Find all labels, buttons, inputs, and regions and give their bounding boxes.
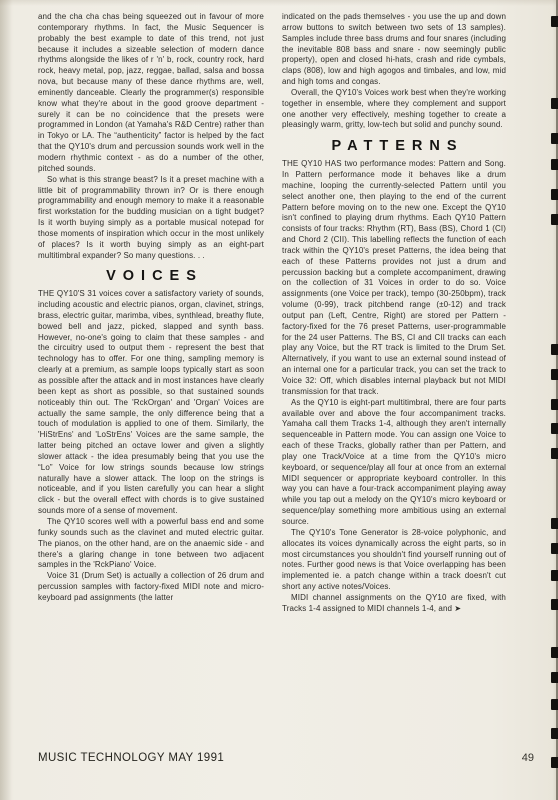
scan-edge-tick <box>551 518 558 529</box>
scan-edge-tick <box>551 98 558 109</box>
body-paragraph: The QY10's Tone Generator is 28-voice po… <box>282 528 506 593</box>
magazine-title: MUSIC TECHNOLOGY MAY 1991 <box>38 752 224 764</box>
page-number: 49 <box>522 752 534 764</box>
body-paragraph: The QY10 scores well with a powerful bas… <box>38 517 264 571</box>
left-column: and the cha cha chas being squeezed out … <box>38 12 264 604</box>
body-paragraph: THE QY10 HAS two performance modes: Patt… <box>282 159 506 398</box>
scan-edge-tick <box>551 672 558 683</box>
scan-edge-tick <box>551 369 558 380</box>
body-paragraph: So what is this strange beast? Is it a p… <box>38 175 264 262</box>
scan-edge-tick <box>551 543 558 554</box>
scan-edge-tick <box>551 344 558 355</box>
scan-left-shadow <box>0 0 12 800</box>
voices-section-heading: VOICES <box>38 271 264 282</box>
magazine-page: and the cha cha chas being squeezed out … <box>0 0 558 800</box>
scan-edge-tick <box>551 16 558 27</box>
scan-edge-tick <box>551 399 558 410</box>
scan-edge-tick <box>551 570 558 581</box>
scan-edge-tick <box>551 423 558 434</box>
page-footer: MUSIC TECHNOLOGY MAY 1991 49 <box>38 752 534 764</box>
scan-edge-tick <box>551 133 558 144</box>
body-paragraph: As the QY10 is eight-part multitimbral, … <box>282 398 506 528</box>
scan-edge-marks <box>549 0 558 800</box>
scan-edge-tick <box>551 728 558 739</box>
body-paragraph: Voice 31 (Drum Set) is actually a collec… <box>38 571 264 604</box>
body-paragraph: THE QY10'S 31 voices cover a satisfactor… <box>38 289 264 517</box>
scan-edge-tick <box>551 448 558 459</box>
scan-edge-tick <box>551 699 558 710</box>
scan-edge-tick <box>551 757 558 768</box>
scan-edge-tick <box>551 214 558 225</box>
scan-edge-tick <box>551 189 558 200</box>
body-paragraph: and the cha cha chas being squeezed out … <box>38 12 264 175</box>
patterns-section-heading: PATTERNS <box>282 141 506 152</box>
body-paragraph: Overall, the QY10's Voices work best whe… <box>282 88 506 131</box>
body-paragraph-continuation: MIDI channel assignments on the QY10 are… <box>282 593 506 615</box>
scan-edge-tick <box>551 647 558 658</box>
body-paragraph: indicated on the pads themselves - you u… <box>282 12 506 88</box>
right-column: indicated on the pads themselves - you u… <box>282 12 506 615</box>
scan-edge-tick <box>551 599 558 610</box>
scan-edge-tick <box>551 159 558 170</box>
